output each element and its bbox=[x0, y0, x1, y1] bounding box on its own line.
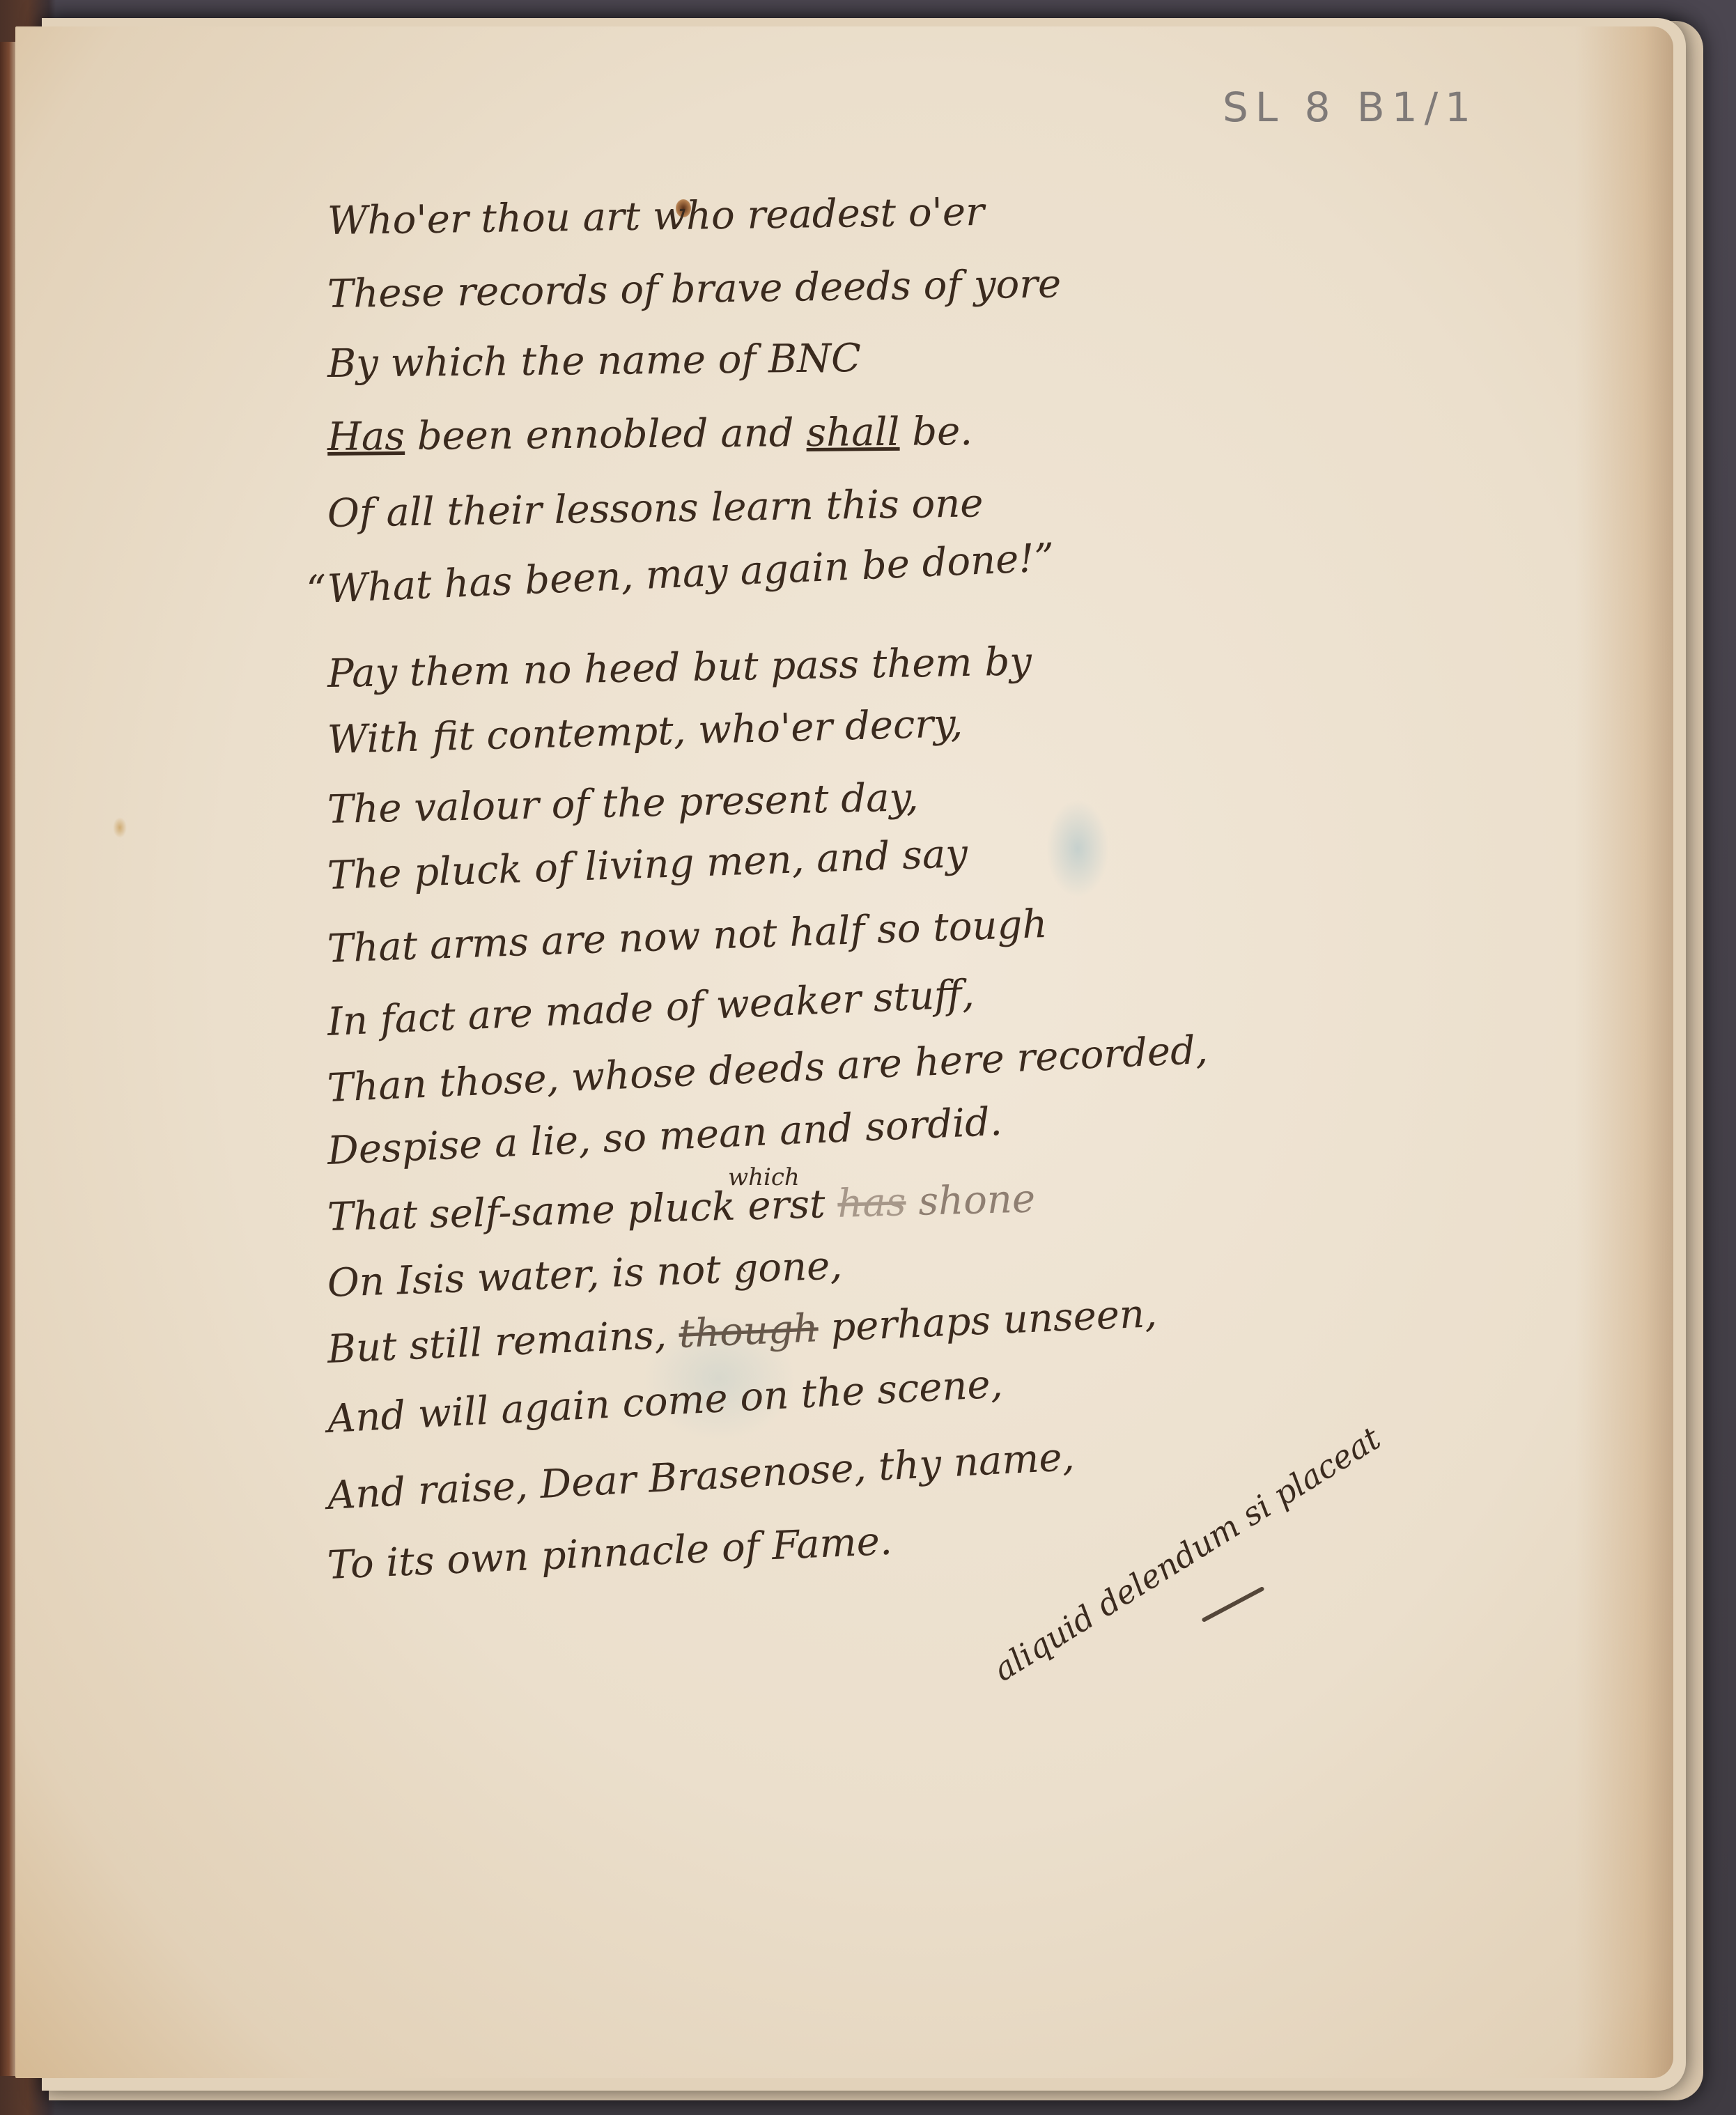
struck-word: has bbox=[837, 1179, 907, 1227]
poem-line-4: Has been ennobled and shall be. bbox=[327, 409, 973, 460]
underlined-word: shall bbox=[806, 410, 900, 456]
underlined-word: Has bbox=[327, 414, 405, 460]
struck-word: though bbox=[678, 1306, 819, 1357]
blue-stain bbox=[1046, 800, 1109, 897]
line-15-tail: shone bbox=[917, 1176, 1035, 1224]
inserted-word: which bbox=[728, 1163, 800, 1191]
poem-line-1: Who'er thou art who readest o'er bbox=[327, 189, 985, 244]
line-4-end: be. bbox=[899, 409, 972, 455]
poem-line-3: By which the name of BNC bbox=[327, 336, 862, 387]
archive-reference: SL 8 B1/1 bbox=[1223, 84, 1478, 131]
line-4-rest: been ennobled and bbox=[417, 410, 806, 459]
foxing-spot bbox=[113, 817, 127, 838]
